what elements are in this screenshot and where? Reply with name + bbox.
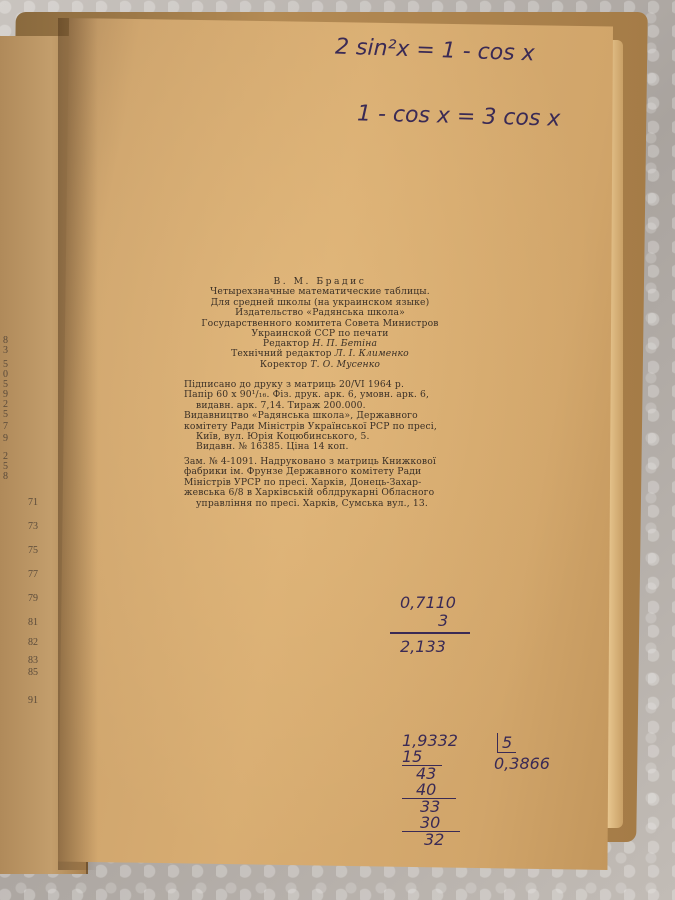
edge-number: 77 [28,570,38,580]
colophon-title-block: В. М. Брадис Четырехзначные математическ… [184,277,456,339]
handwritten-equation-2: 1 - cos x = 3 cos x [357,101,561,131]
edge-number: 73 [28,522,38,532]
colophon-credits-block: Редактор Н. П. Бетіна Технічний редактор… [184,339,456,370]
edge-number: 7 [3,422,8,432]
multiplicand: 0,7110 [400,594,470,612]
credit-proofreader: Коректор Т. О. Мусенко [184,360,456,370]
handwritten-long-division: 1,9332 154340333032 [402,733,464,848]
division-step: 32 [402,832,464,848]
print-line: Видавн. № 16385. Ціна 14 коп. [184,442,456,452]
edge-number: 75 [28,546,38,556]
edge-number: 79 [28,594,38,604]
edge-number: 83 [28,656,38,666]
edge-number: 5 [3,410,8,420]
colophon-printer-block: Зам. № 4-1091. Надруковано з матриць Кни… [184,457,456,509]
edge-number: 91 [28,696,38,706]
edge-number: 85 [28,668,38,678]
colophon-print-info-block: Підписано до друку з матриць 20/VI 1964 … [184,380,456,453]
division-steps: 154340333032 [402,749,464,848]
multiplication-rule [390,632,470,634]
edge-number: 3 [3,346,8,356]
division-divisor: 5 [497,733,516,753]
division-quotient: 0,3866 [494,754,550,773]
edge-number: 82 [28,638,38,648]
edge-number: 81 [28,618,38,628]
multiplier: 3 [400,612,470,630]
spine-shadow [58,18,98,870]
edge-number: 9 [3,434,8,444]
edge-number: 8 [3,472,8,482]
printer-line: управління по пресі. Харків, Сумська вул… [184,499,456,509]
product: 2,133 [400,638,470,656]
edge-number: 71 [28,498,38,508]
handwritten-multiplication: 0,7110 3 2,133 [400,594,470,656]
